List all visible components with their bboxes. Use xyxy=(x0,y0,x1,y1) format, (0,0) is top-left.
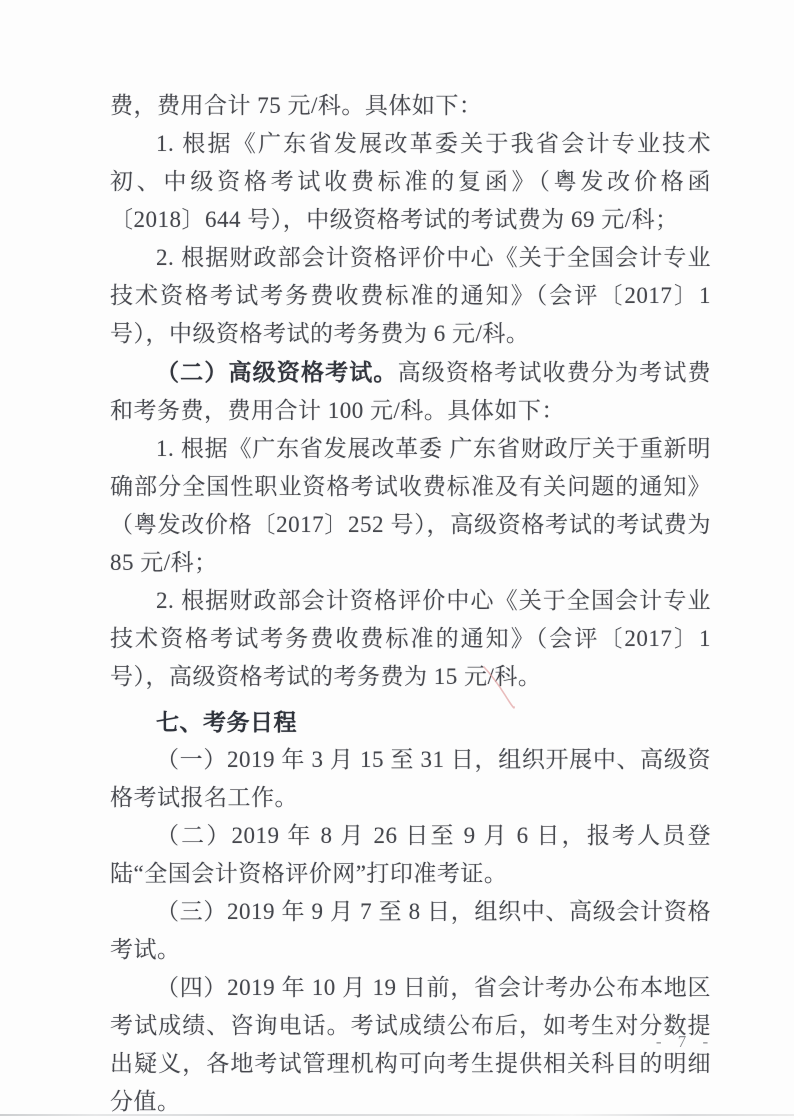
paragraph-senior-intro: （二）高级资格考试。高级资格考试收费分为考试费和考务费，费用合计 100 元/科… xyxy=(110,353,711,430)
paragraph-midlevel-fee-total: 费，费用合计 75 元/科。具体如下： xyxy=(110,87,711,125)
schedule-item-3: （三）2019 年 9 月 7 至 8 日，组织中、高级会计资格考试。 xyxy=(110,893,711,969)
paragraph-midlevel-item1: 1. 根据《广东省发展改革委关于我省会计专业技术初、中级资格考试收费标准的复函》… xyxy=(110,125,711,239)
schedule-item-1: （一）2019 年 3 月 15 至 31 日，组织开展中、高级资格考试报名工作… xyxy=(110,741,711,817)
section-heading-exam-schedule: 七、考务日程 xyxy=(110,703,711,741)
senior-exam-bold-lead: （二）高级资格考试。 xyxy=(156,359,398,385)
document-body: 费，费用合计 75 元/科。具体如下： 1. 根据《广东省发展改革委关于我省会计… xyxy=(110,87,711,1120)
page-number: - 7 - xyxy=(640,1032,730,1052)
paragraph-midlevel-item2: 2. 根据财政部会计资格评价中心《关于全国会计专业技术资格考试考务费收费标准的通… xyxy=(110,239,711,353)
schedule-item-4: （四）2019 年 10 月 19 日前，省会计考办公布本地区考试成绩、咨询电话… xyxy=(110,969,711,1120)
paragraph-senior-item2: 2. 根据财政部会计资格评价中心《关于全国会计专业技术资格考试考务费收费标准的通… xyxy=(110,582,711,696)
schedule-item-2: （二）2019 年 8 月 26 日至 9 月 6 日，报考人员登陆“全国会计资… xyxy=(110,817,711,893)
scan-edge-line xyxy=(0,1114,794,1116)
paragraph-senior-item1: 1. 根据《广东省发展改革委 广东省财政厅关于重新明确部分全国性职业资格考试收费… xyxy=(110,430,711,582)
scanned-document-page: 费，费用合计 75 元/科。具体如下： 1. 根据《广东省发展改革委关于我省会计… xyxy=(0,0,794,1120)
